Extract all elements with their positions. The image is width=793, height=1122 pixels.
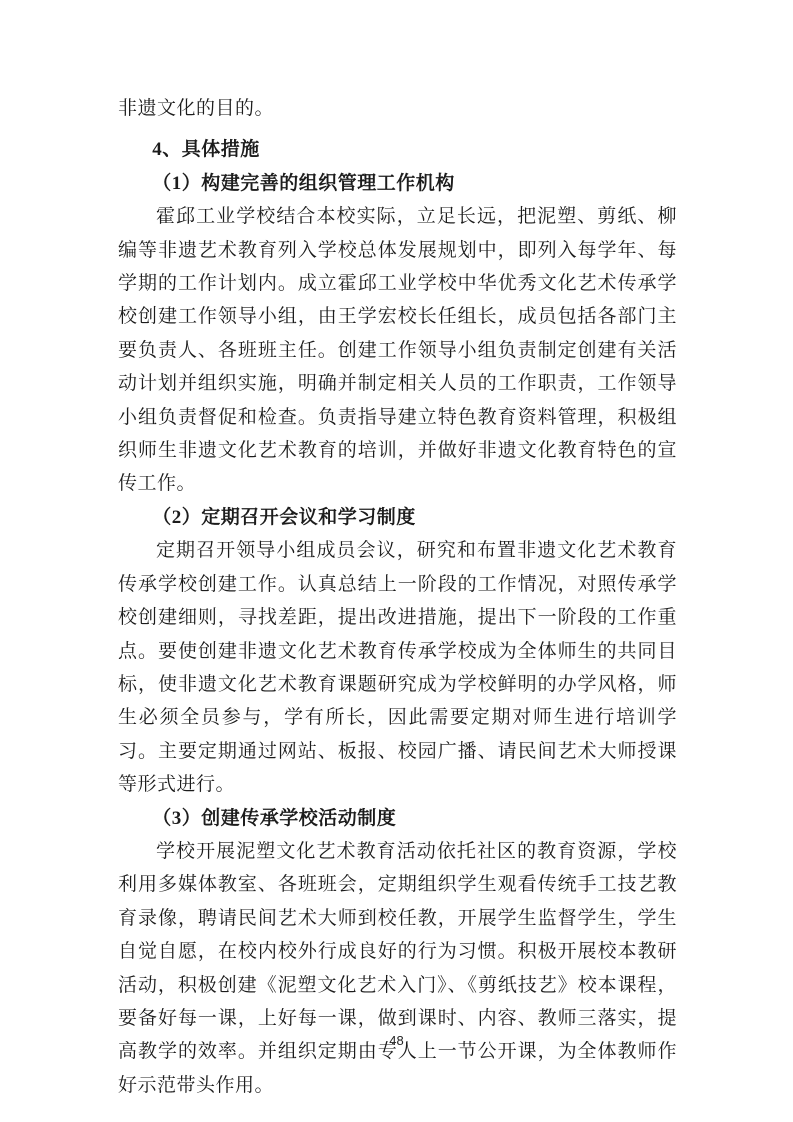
heading-2-meeting-study-system: （2）定期召开会议和学习制度 bbox=[118, 501, 677, 534]
document-text-area: 非遗文化的目的。 4、具体措施 （1）构建完善的组织管理工作机构 霍邱工业学校结… bbox=[118, 92, 677, 1102]
page-number: 48 bbox=[0, 1033, 793, 1048]
paragraph-organization-structure: 霍邱工业学校结合本校实际，立足长远，把泥塑、剪纸、柳编等非遗艺术教育列入学校总体… bbox=[118, 200, 677, 501]
paragraph-continuation: 非遗文化的目的。 bbox=[118, 92, 677, 125]
document-page: 非遗文化的目的。 4、具体措施 （1）构建完善的组织管理工作机构 霍邱工业学校结… bbox=[0, 0, 793, 1122]
heading-3-activity-system: （3）创建传承学校活动制度 bbox=[118, 802, 677, 835]
paragraph-meeting-study-system: 定期召开领导小组成员会议，研究和布置非遗文化艺术教育传承学校创建工作。认真总结上… bbox=[118, 534, 677, 801]
paragraph-activity-system: 学校开展泥塑文化艺术教育活动依托社区的教育资源，学校利用多媒体教室、各班班会，定… bbox=[118, 835, 677, 1102]
heading-specific-measures: 4、具体措施 bbox=[118, 133, 677, 166]
heading-1-organization-structure: （1）构建完善的组织管理工作机构 bbox=[118, 167, 677, 200]
